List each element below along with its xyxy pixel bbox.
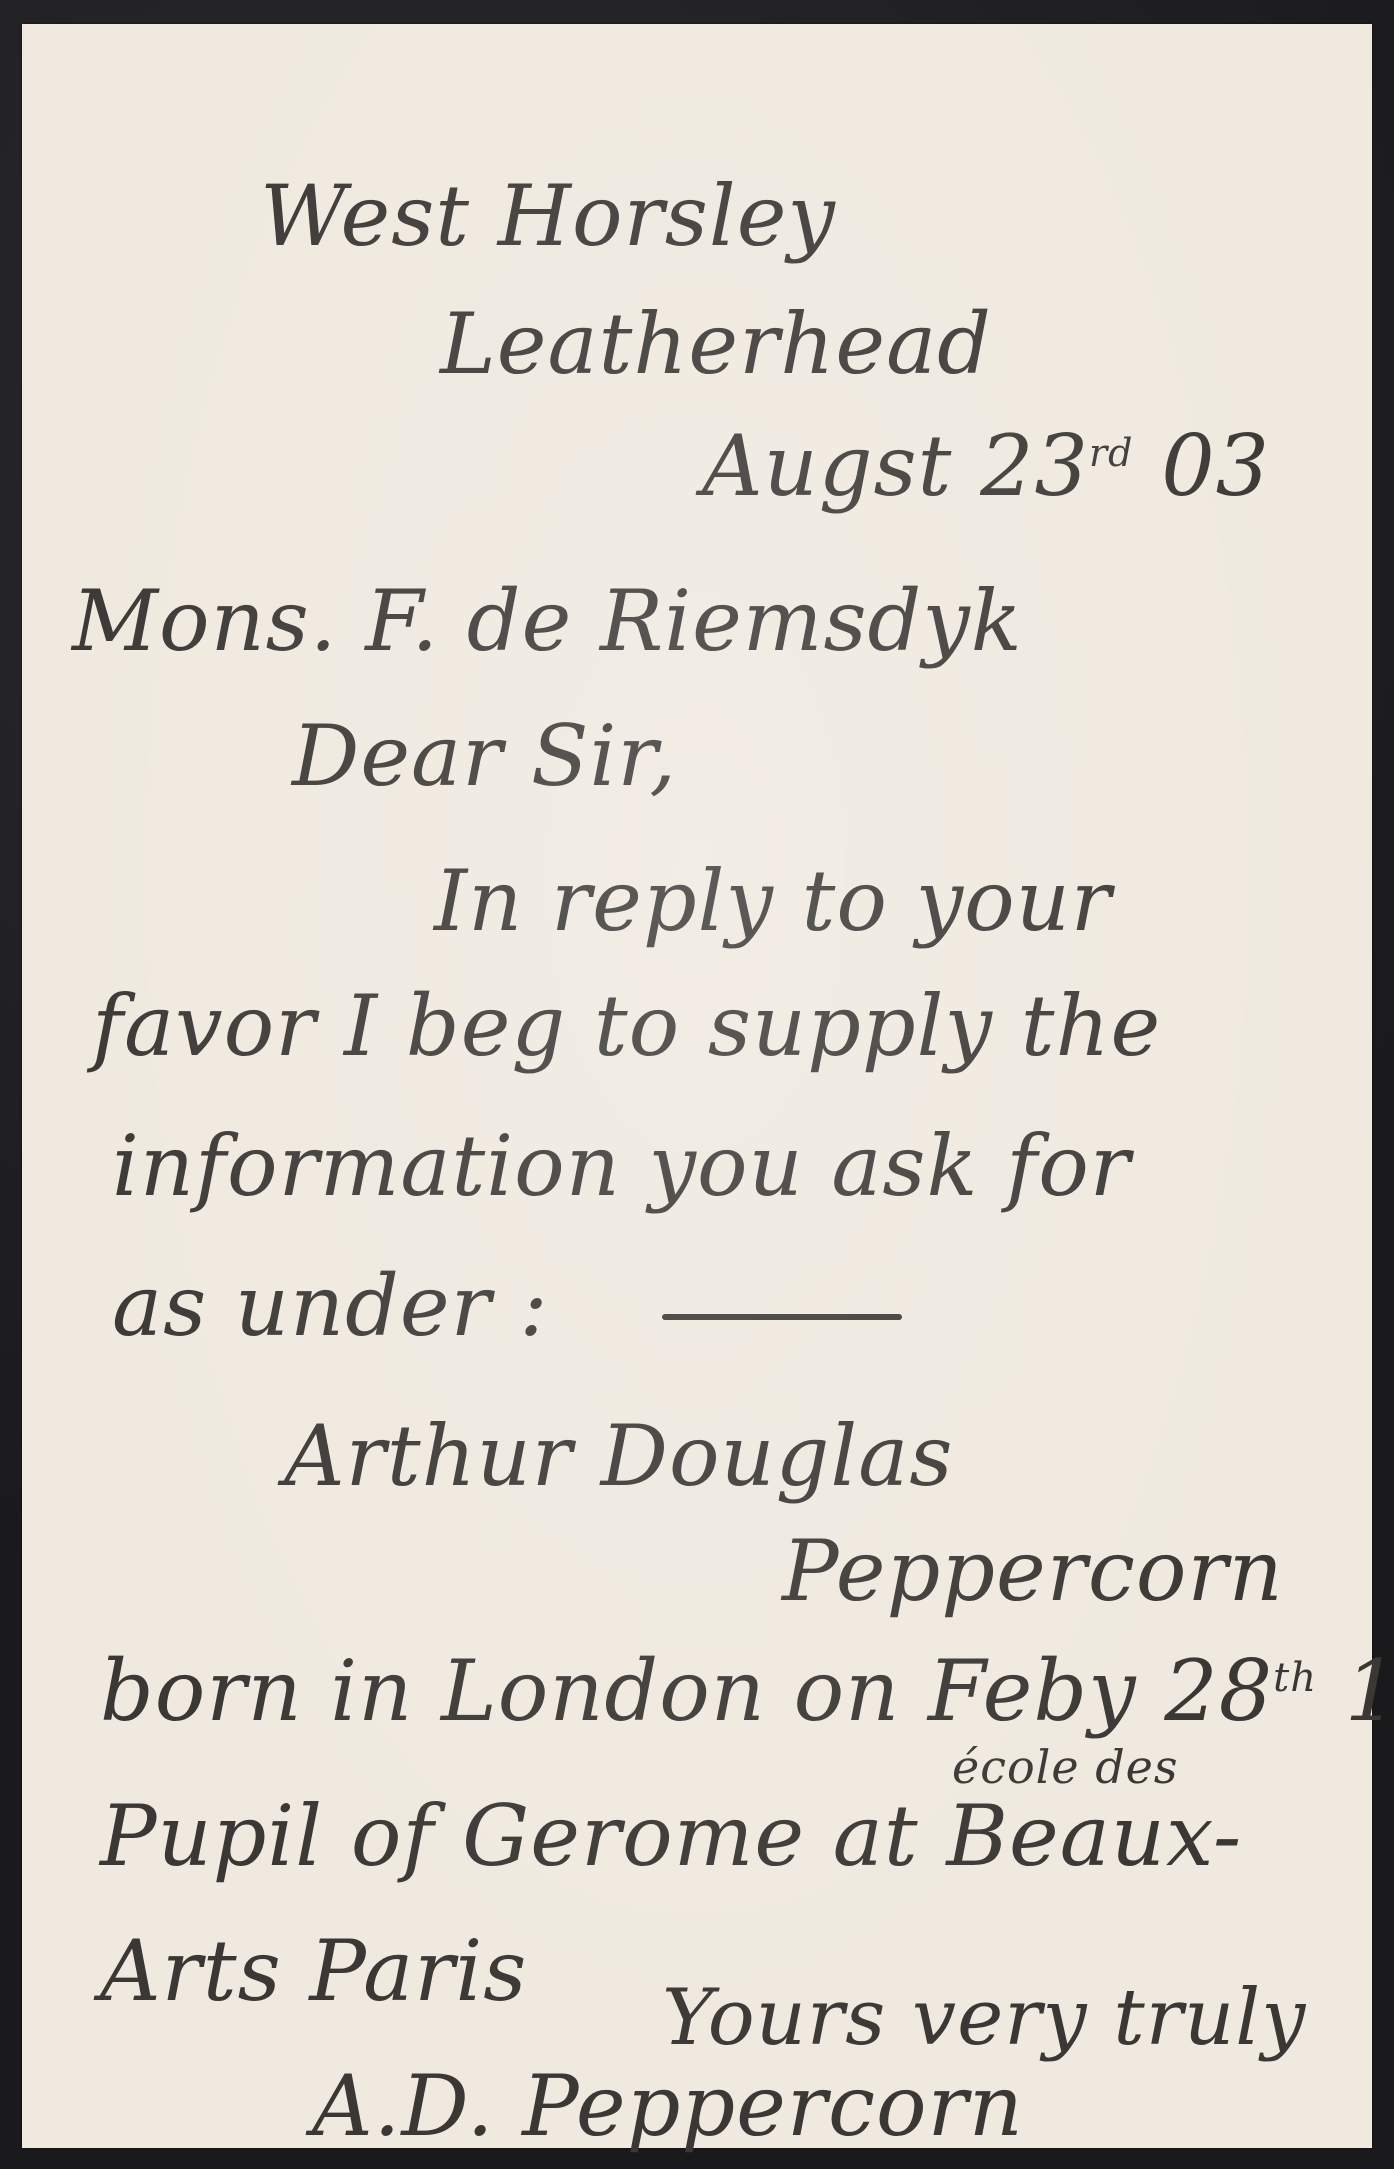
body-line-4: as under : <box>112 1264 549 1348</box>
salutation: Dear Sir, <box>292 714 677 798</box>
body-line-6: Peppercorn <box>782 1529 1284 1613</box>
scan-background: West Horsley Leatherhead Augst 23rd 03 M… <box>0 0 1394 2169</box>
date-month: Augst <box>702 417 952 515</box>
address-line-2: Leatherhead <box>440 302 992 386</box>
body-line-2: favor I beg to supply the <box>92 984 1161 1068</box>
birth-year: 1847. <box>1345 1642 1394 1740</box>
body-line-8: Pupil of Gerome at Beaux- <box>100 1794 1242 1878</box>
address-line-1: West Horsley <box>260 174 836 258</box>
body-line-1: In reply to your <box>434 859 1112 943</box>
date-year: 03 <box>1161 417 1270 515</box>
date-day: 23 <box>980 417 1089 515</box>
body-line-9: Arts Paris <box>100 1929 527 2013</box>
body-line-7: born in London on Feby 28th 1847. <box>100 1649 1394 1733</box>
dash-rule <box>662 1314 902 1320</box>
insertion-ecole-des: école des <box>952 1744 1179 1790</box>
closing: Yours very truly <box>662 1979 1306 2057</box>
body-line-5: Arthur Douglas <box>284 1414 953 1498</box>
birth-day-suffix: th <box>1273 1655 1317 1701</box>
signature: A.D. Peppercorn <box>312 2064 1024 2148</box>
letter-date: Augst 23rd 03 <box>702 424 1270 508</box>
date-suffix: rd <box>1089 431 1134 475</box>
recipient-name: Mons. F. de Riemsdyk <box>72 579 1023 663</box>
birth-text: born in London on Feby 28 <box>100 1642 1273 1740</box>
letter-paper: West Horsley Leatherhead Augst 23rd 03 M… <box>22 24 1372 2148</box>
body-line-3: information you ask for <box>112 1124 1131 1208</box>
